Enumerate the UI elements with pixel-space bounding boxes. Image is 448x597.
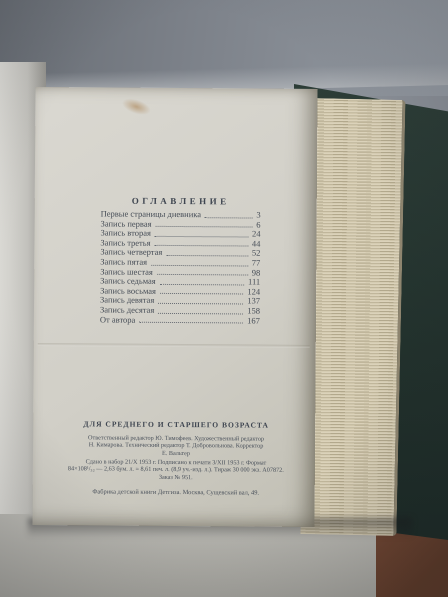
page-crease <box>38 343 310 348</box>
dot-leader <box>205 217 252 218</box>
dot-leader <box>160 293 243 295</box>
background-wall <box>0 0 448 96</box>
contents-page: ОГЛАВЛЕНИЕ Первые страницы дневника 3 За… <box>32 87 317 527</box>
dot-leader <box>151 264 248 266</box>
page-stain <box>120 95 153 118</box>
dot-leader <box>157 274 248 276</box>
dot-leader <box>139 322 243 324</box>
dot-leader <box>155 245 248 247</box>
dot-leader <box>158 312 243 314</box>
toc-title: ОГЛАВЛЕНИЕ <box>101 195 261 206</box>
imprint-block: Сдано в набор 21/X 1953 г. Подписано к п… <box>51 458 301 482</box>
dot-leader <box>160 284 244 286</box>
dot-leader <box>156 226 253 228</box>
photo-open-book-scene: ОГЛАВЛЕНИЕ Первые страницы дневника 3 За… <box>0 0 448 597</box>
printer-line: Фабрика детской книги Детгиза. Москва, С… <box>51 488 301 497</box>
audience-note: ДЛЯ СРЕДНЕГО И СТАРШЕГО ВОЗРАСТА <box>61 419 291 430</box>
dot-leader <box>158 303 243 305</box>
toc-row: От автора 167 <box>100 315 260 326</box>
dot-leader <box>166 255 248 257</box>
colophon-line-3: Е. Вальтер <box>51 449 301 458</box>
toc-entry-label: От автора <box>100 315 136 325</box>
colophon-block: Ответственный редактор Ю. Тимофеев. Худо… <box>51 434 301 458</box>
toc-list: Первые страницы дневника 3 Запись первая… <box>100 209 261 325</box>
dot-leader <box>155 236 248 238</box>
toc-entry-page: 167 <box>247 316 260 326</box>
